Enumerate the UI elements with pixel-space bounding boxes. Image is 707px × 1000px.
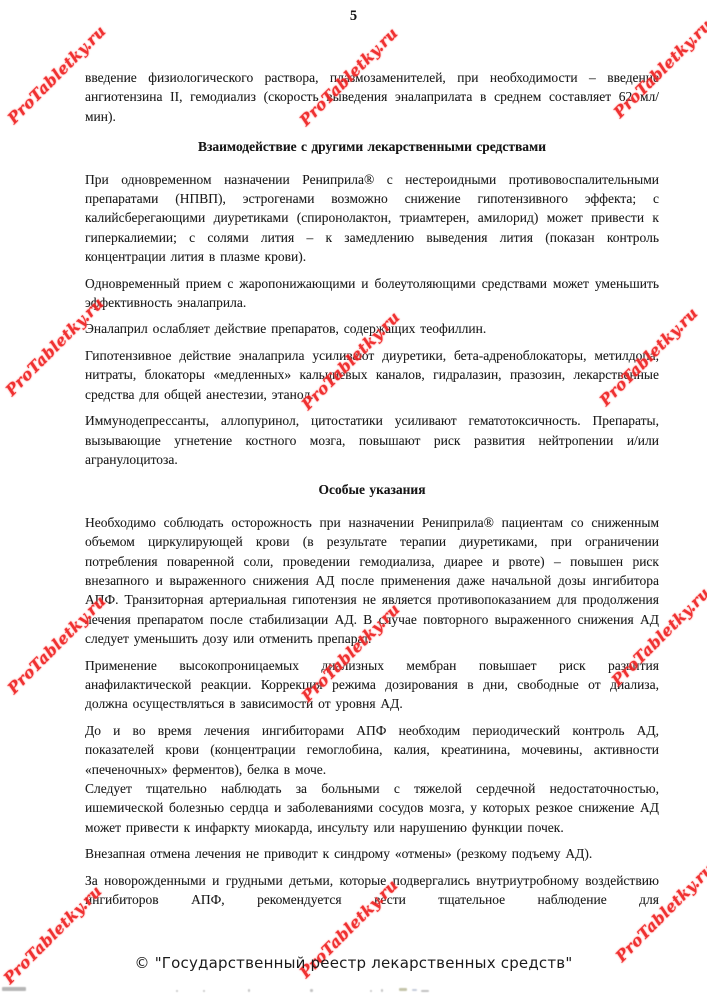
doc-paragraph: Следует тщательно наблюдать за больными …: [85, 779, 659, 837]
scan-artifact: [399, 988, 407, 991]
section-heading-special-instructions: Особые указания: [85, 480, 659, 499]
doc-paragraph: Эналаприл ослабляет действие препаратов,…: [85, 319, 659, 338]
doc-paragraph: До и во время лечения ингибиторами АПФ н…: [85, 721, 659, 779]
section-heading-drug-interactions: Взаимодействие с другими лекарственными …: [85, 137, 659, 156]
doc-paragraph: Иммунодепрессанты, аллопуринол, цитостат…: [85, 411, 659, 469]
doc-paragraph: Гипотензивное действие эналаприла усилив…: [85, 346, 659, 404]
doc-paragraph: Применение высокопроницаемых диализных м…: [85, 656, 659, 714]
scan-artifact: [203, 990, 205, 992]
doc-paragraph: За новорожденными и грудными детьми, кот…: [85, 871, 659, 910]
doc-paragraph: Внезапная отмена лечения не приводит к с…: [85, 844, 659, 863]
scan-artifact: [370, 990, 372, 992]
document-body: введение физиологического раствора, плаз…: [85, 68, 659, 916]
scan-artifact: [421, 990, 429, 992]
scan-artifact: [2, 987, 26, 991]
doc-paragraph: При одновременном назначении Рениприла® …: [85, 170, 659, 267]
doc-paragraph: введение физиологического раствора, плаз…: [85, 68, 659, 126]
scan-artifact: [248, 989, 250, 992]
scan-artifact: [412, 989, 417, 991]
page-number: 5: [0, 8, 707, 25]
doc-paragraph: Необходимо соблюдать осторожность при на…: [85, 513, 659, 649]
copyright-footer: © "Государственный реестр лекарственных …: [0, 954, 707, 972]
scan-artifact: [176, 990, 178, 992]
doc-paragraph: Одновременный прием с жаропонижающими и …: [85, 274, 659, 313]
scan-artifact: [381, 989, 383, 992]
scan-artifact: [310, 989, 313, 992]
